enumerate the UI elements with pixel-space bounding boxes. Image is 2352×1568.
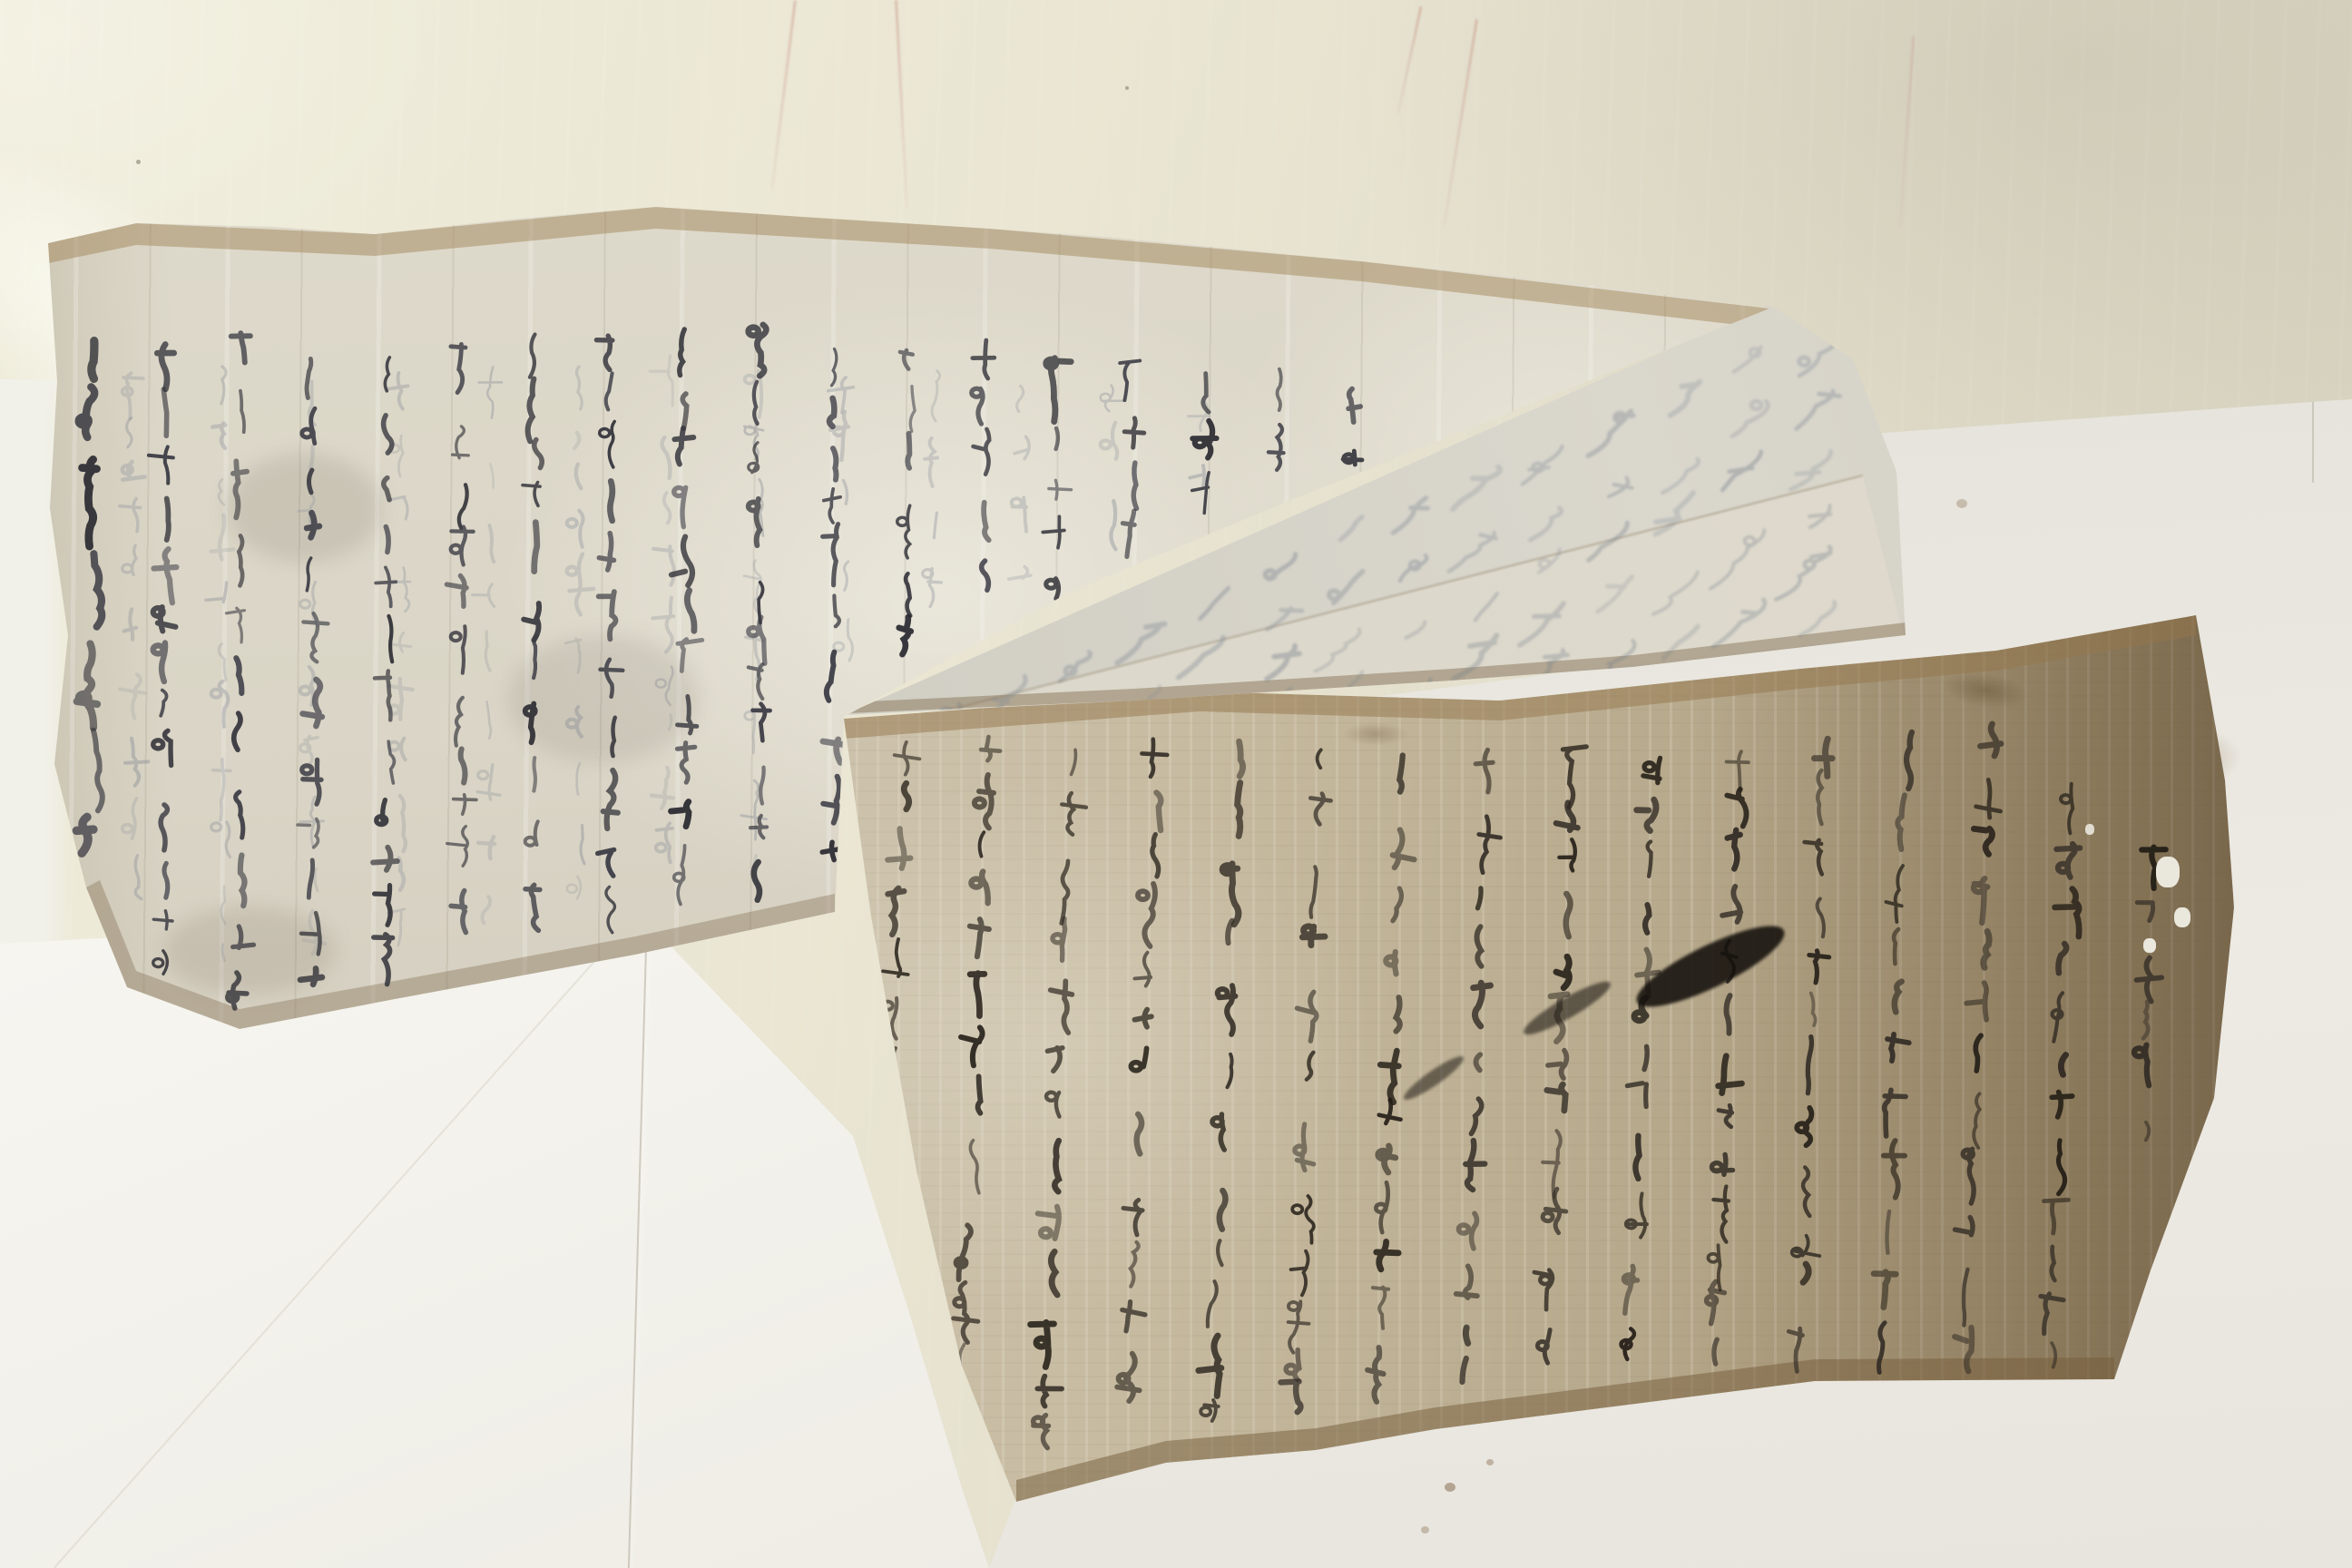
- text-column: [1614, 758, 1667, 1360]
- text-column: [1588, 411, 1634, 679]
- text-column: [523, 335, 542, 931]
- text-column: [227, 333, 254, 1008]
- text-column: [897, 350, 915, 654]
- text-column: [1120, 361, 1144, 557]
- text-column: [1710, 348, 1768, 647]
- text-column: [1192, 374, 1217, 514]
- text-column: [149, 345, 177, 975]
- text-column: [1949, 723, 2004, 1371]
- text-column: [1279, 750, 1333, 1413]
- text-column: [1783, 738, 1840, 1372]
- text-column: [1197, 741, 1247, 1422]
- stain: [1956, 499, 1967, 508]
- text-column: [1367, 755, 1418, 1403]
- text-column: [1531, 746, 1586, 1364]
- text-column: [1776, 338, 1840, 636]
- text-column: [373, 358, 397, 985]
- text-column: [2128, 847, 2167, 1141]
- stain: [1486, 1459, 1494, 1465]
- surface-speck: [1125, 86, 1129, 90]
- sheet-crease: [54, 911, 640, 1568]
- text-column: [671, 329, 702, 905]
- text-column: [2035, 783, 2084, 1367]
- surface-speck: [136, 160, 141, 164]
- photo-manuscript-scene: [0, 0, 2352, 1568]
- paper-damage-fleck: [2156, 857, 2180, 887]
- text-column: [76, 341, 102, 854]
- text-column: [298, 358, 328, 984]
- paper-damage-fleck: [2143, 938, 2156, 953]
- text-column: [1343, 389, 1362, 465]
- text-column: [1702, 751, 1755, 1365]
- stain: [1421, 1526, 1429, 1534]
- text-column: [446, 344, 476, 932]
- stain: [1343, 722, 1408, 746]
- text-column: [1653, 382, 1700, 659]
- paper-damage-fleck: [2085, 824, 2094, 835]
- sheet-crease: [628, 909, 648, 1568]
- text-column: [749, 325, 770, 900]
- text-column: [1025, 749, 1088, 1448]
- text-column: [1269, 369, 1284, 470]
- sheet-seam: [2312, 399, 2314, 483]
- text-column: [972, 340, 995, 590]
- text-column: [1867, 731, 1922, 1373]
- stain: [1445, 1483, 1455, 1492]
- text-column: [1043, 358, 1071, 599]
- text-column: [596, 336, 622, 933]
- paper-damage-fleck: [2174, 907, 2190, 927]
- text-column: [1115, 739, 1168, 1401]
